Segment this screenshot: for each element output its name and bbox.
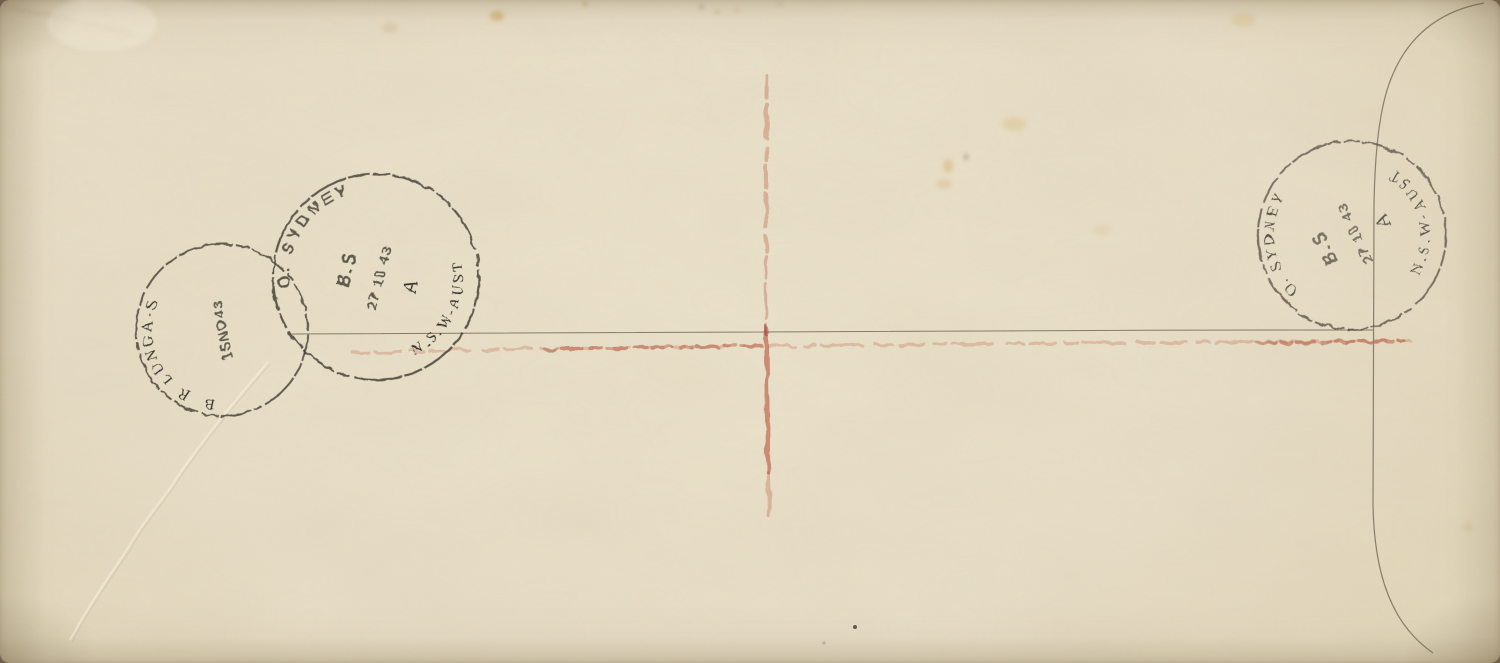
envelope-back: LUNGA-S B R 15NO43 O. SYDNEY N.S.W-AUST … [0,0,1500,663]
envelope-markings-layer: LUNGA-S B R 15NO43 O. SYDNEY N.S.W-AUST … [0,0,1500,663]
paper-grain [0,0,1500,663]
